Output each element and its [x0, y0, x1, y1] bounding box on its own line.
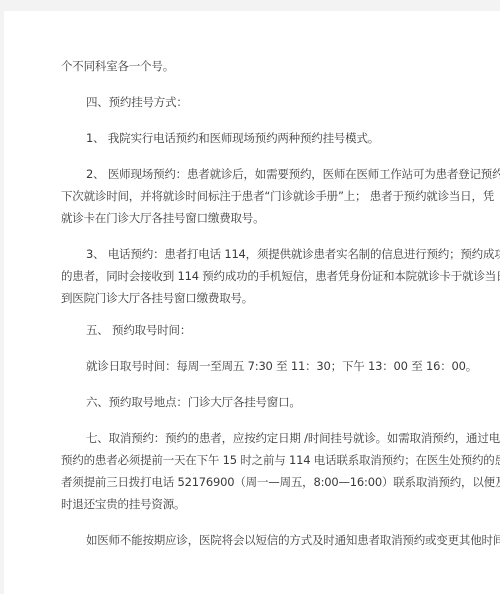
paragraph-pickup-hours: 就诊日取号时间：每周一至周五 7:30 至 11：30；下午 13：00 至 1… — [61, 355, 446, 377]
text-line: 下次就诊时间，并将就诊时间标注于患者“门诊就诊手册”上； 患者于预约就诊当日，凭 — [61, 185, 446, 207]
paragraph-continuation: 个不同科室各一个号。 — [61, 55, 446, 77]
text-line: 如医师不能按期应诊，医院将会以短信的方式及时通知患者取消预约或变更其他时间， — [61, 529, 446, 551]
text-line: 时退还宝贵的挂号资源。 — [61, 493, 446, 515]
text-line: 六、预约取号地点：门诊大厅各挂号窗口。 — [61, 391, 446, 413]
text-line: 者须提前三日拨打电话 52176900（周一—周五，8:00—16:00）联系取… — [61, 471, 446, 493]
text-line: 四、预约挂号方式： — [61, 91, 446, 113]
text-line: 就诊日取号时间：每周一至周五 7:30 至 11：30；下午 13：00 至 1… — [61, 355, 446, 377]
section-heading-appointment-methods: 四、预约挂号方式： — [61, 91, 446, 113]
text-line: 的患者，同时会接收到 114 预约成功的手机短信，患者凭身份证和本院就诊卡于就诊… — [61, 265, 446, 287]
paragraph-cancel-appointment: 七、取消预约：预约的患者，应按约定日期 /时间挂号就诊。如需取消预约，通过电话 … — [61, 427, 446, 515]
text-line: 五、 预约取号时间： — [61, 319, 446, 341]
text-line: 七、取消预约：预约的患者，应按约定日期 /时间挂号就诊。如需取消预约，通过电话 — [61, 427, 446, 449]
text-line: 1、 我院实行电话预约和医师现场预约两种预约挂号模式。 — [61, 127, 446, 149]
text-line: 到医院门诊大厅各挂号窗口缴费取号。 — [61, 287, 446, 309]
text-line: 个不同科室各一个号。 — [61, 55, 446, 77]
text-line: 3、 电话预约：患者打电话 114，须提供就诊患者实名制的信息进行预约；预约成功 — [61, 243, 446, 265]
document-page: 个不同科室各一个号。 四、预约挂号方式： 1、 我院实行电话预约和医师现场预约两… — [4, 11, 500, 594]
text-line: 就诊卡在门诊大厅各挂号窗口缴费取号。 — [61, 207, 446, 229]
text-line: 预约的患者必须提前一天在下午 15 时之前与 114 电话联系取消预约；在医生处… — [61, 449, 446, 471]
paragraph-doctor-unavailable: 如医师不能按期应诊，医院将会以短信的方式及时通知患者取消预约或变更其他时间， — [61, 529, 446, 551]
paragraph-item-1: 1、 我院实行电话预约和医师现场预约两种预约挂号模式。 — [61, 127, 446, 149]
section-heading-pickup-time: 五、 预约取号时间： — [61, 319, 446, 341]
paragraph-item-2: 2、 医师现场预约：患者就诊后，如需要预约，医师在医师工作站可为患者登记预约 下… — [61, 163, 446, 229]
section-heading-pickup-location: 六、预约取号地点：门诊大厅各挂号窗口。 — [61, 391, 446, 413]
paragraph-item-3: 3、 电话预约：患者打电话 114，须提供就诊患者实名制的信息进行预约；预约成功… — [61, 243, 446, 309]
text-line: 2、 医师现场预约：患者就诊后，如需要预约，医师在医师工作站可为患者登记预约 — [61, 163, 446, 185]
